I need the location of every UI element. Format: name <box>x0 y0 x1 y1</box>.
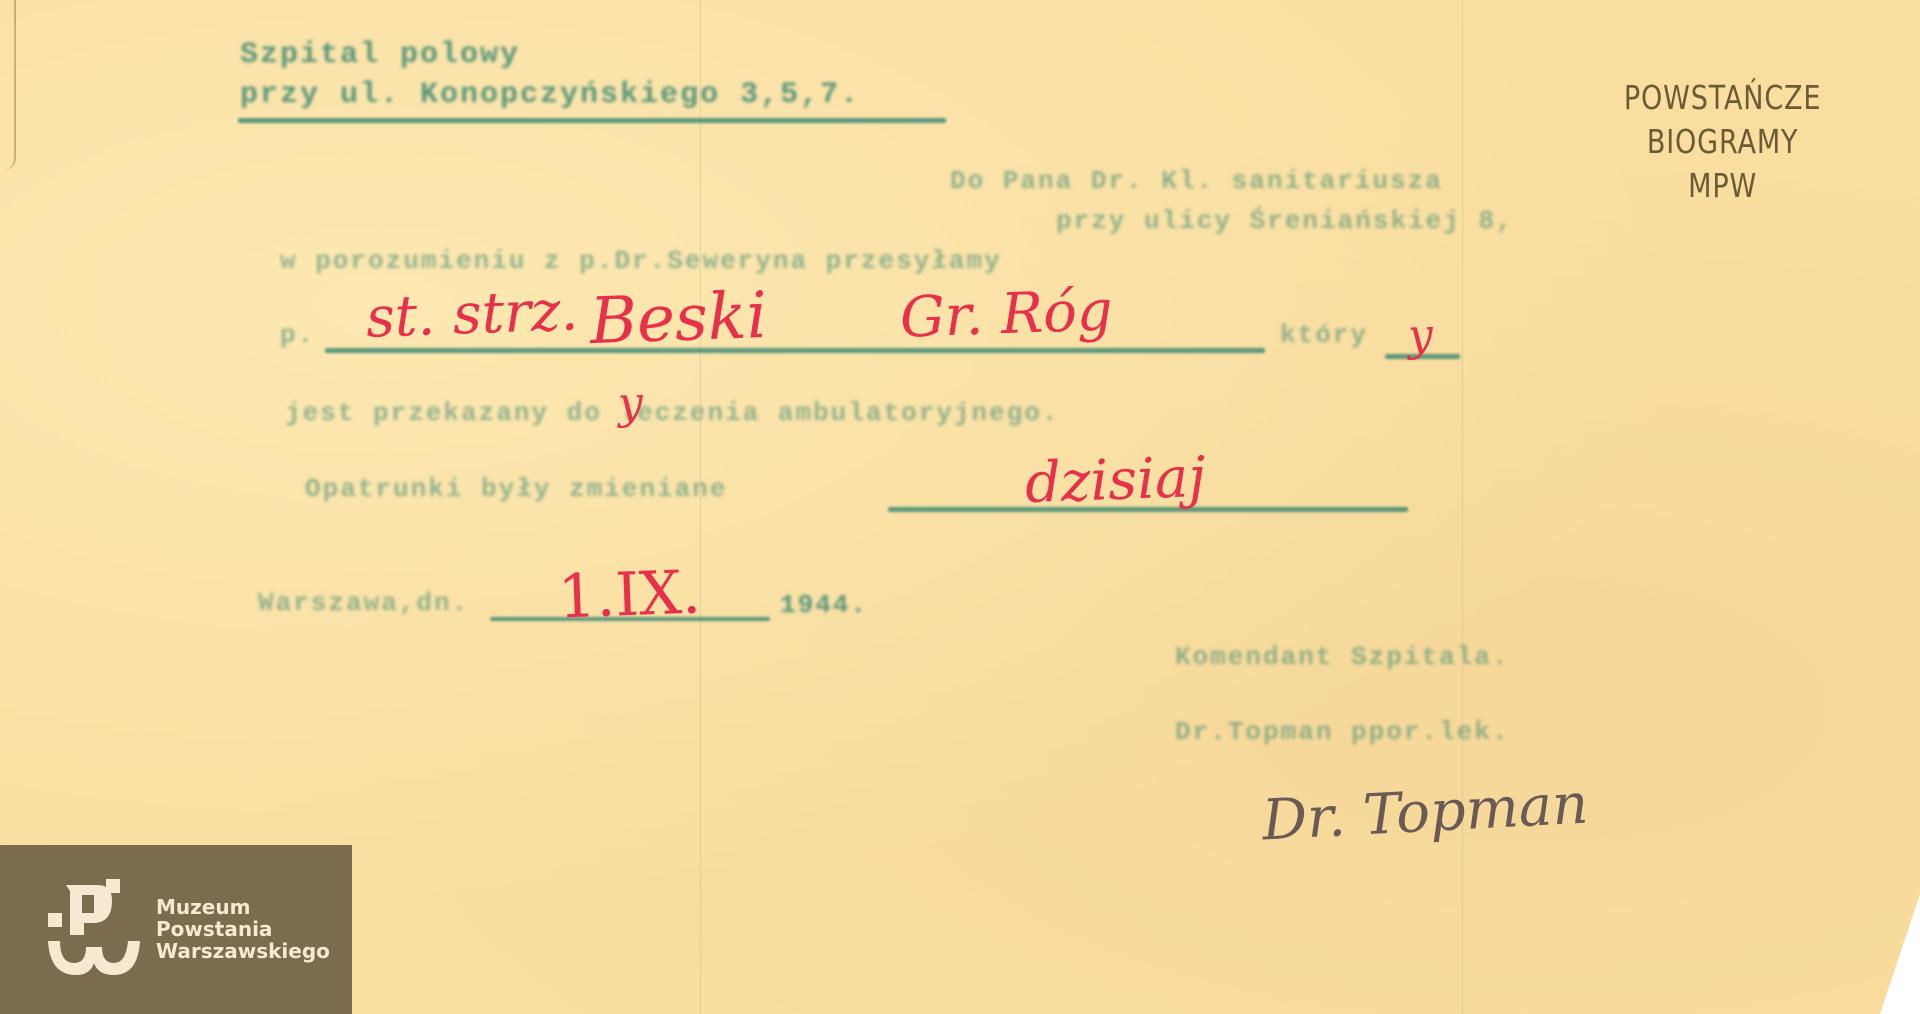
museum-logo: Muzeum Powstania Warszawskiego <box>0 845 352 1014</box>
addressee-line-1: Do Pana Dr. Kl. sanitariusza <box>950 166 1443 196</box>
watermark-line-2: BIOGRAMY MPW <box>1616 120 1829 208</box>
paper-corner <box>1880 894 1920 1014</box>
body-line-2-suffix: który <box>1280 320 1368 350</box>
paper-torn-edge <box>4 0 16 170</box>
addressee-line-2: przy ulicy Śreniańskiej 8, <box>1056 206 1514 236</box>
body-line-3: jest przekazany do leczenia ambulatoryjn… <box>285 398 1060 428</box>
document-scan: Szpital polowy przy ul. Konopczyńskiego … <box>0 0 1920 1014</box>
kotwica-anchor-icon <box>46 879 146 979</box>
handwritten-ending-y-1: y <box>1407 310 1434 362</box>
handwritten-signature: Dr. Topman <box>1261 772 1590 854</box>
date-year: 1944. <box>780 590 868 620</box>
paper-crease <box>1462 0 1463 1014</box>
biogramy-watermark: POWSTAŃCZE BIOGRAMY MPW <box>1616 76 1829 208</box>
body-line-4: Opatrunki były zmieniane <box>305 474 727 504</box>
signature-name-typed: Dr.Topman ppor.lek. <box>1175 717 1509 747</box>
letterhead-underline <box>238 118 946 123</box>
handwritten-rank: st. strz. <box>365 278 579 350</box>
logo-line-1: Muzeum <box>156 896 330 918</box>
handwritten-date: 1.IX. <box>557 558 702 633</box>
letterhead-line-2: przy ul. Konopczyńskiego 3,5,7. <box>240 78 860 112</box>
logo-line-3: Warszawskiego <box>156 940 330 962</box>
date-prefix: Warszawa,dn. <box>258 588 469 618</box>
signature-title: Komendant Szpitala. <box>1175 642 1509 672</box>
handwritten-patient-name: Beski <box>589 279 768 359</box>
letterhead-line-1: Szpital polowy <box>240 38 520 72</box>
handwritten-unit: Gr. Róg <box>899 278 1114 350</box>
handwritten-ending-y-2: y <box>617 378 644 430</box>
body-line-2-prefix: p. <box>280 320 315 350</box>
body-line-1: w porozumieniu z p.Dr.Seweryna przesyłam… <box>280 246 1002 276</box>
paper-crease <box>700 0 701 1014</box>
patient-name-blank <box>325 348 1265 353</box>
watermark-line-1: POWSTAŃCZE <box>1616 76 1829 120</box>
handwritten-dressing-date: dzisiaj <box>1024 445 1207 516</box>
logo-line-2: Powstania <box>156 918 330 940</box>
